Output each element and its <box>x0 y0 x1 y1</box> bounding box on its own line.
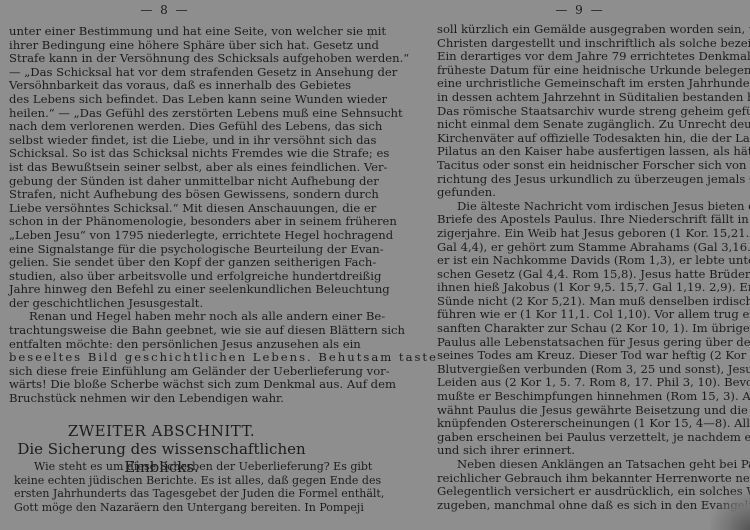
text-line: in dessen achtem Jahrzehnt in Süditalien… <box>437 91 733 105</box>
text-line: seines Todes am Kreuz. Dieser Tod war he… <box>437 349 733 363</box>
text-line: selbst wieder findet, ist die Liebe, und… <box>9 134 311 148</box>
text-line: Neben diesen Anklängen an Tatsachen geht… <box>437 458 733 472</box>
body-text: soll kürzlich ein Gemälde ausgegraben wo… <box>437 23 733 512</box>
text-line: ist das Bewußtsein seiner selbst, aber a… <box>9 161 311 175</box>
text-line: führen wie er (1 Kor 11,1. Col 1,10). Vo… <box>437 308 733 322</box>
text-line: Ein derartiges vor dem Jahre 79 errichte… <box>437 50 733 64</box>
text-line: eine Signalstange für die psychologische… <box>9 243 311 257</box>
text-line: Leiden aus (2 Kor 1, 5. 7. Rom 8, 17. Ph… <box>437 376 733 390</box>
scan-shadow <box>710 490 750 530</box>
text-line: Blutvergießen verbunden (Rom 3, 25 und s… <box>437 363 733 377</box>
text-line: schon in der Phänomenologie, besonders a… <box>9 215 311 229</box>
text-line: des Lebens sich befindet. Das Leben kann… <box>9 93 311 107</box>
text-line: Sünde nicht (2 Kor 5,21). Man muß densel… <box>437 295 733 309</box>
text-line: wärts! Die bloße Scherbe wächst sich zum… <box>9 378 311 392</box>
text-line: richtung des Jesus urkundlich zu überzeu… <box>437 173 733 187</box>
text-line: „Leben Jesu“ von 1795 niederlegte, erric… <box>9 229 311 243</box>
text-line: früheste Datum für eine heidnische Urkun… <box>437 64 733 78</box>
text-line: schen Gesetz (Gal 4,4. Rom 15,8). Jesus … <box>437 268 733 282</box>
text-line: entfalten möchte: den persönlichen Jesus… <box>9 338 311 352</box>
text-line: gebung der Sünden ist daher unmittelbar … <box>9 175 311 189</box>
text-line: knüpfenden Ostererscheinungen (1 Kor 15,… <box>437 417 733 431</box>
text-line: gaben erscheinen bei Paulus verzettelt, … <box>437 431 733 445</box>
text-line: Pilatus an den Kaiser habe ausfertigen l… <box>437 145 733 159</box>
text-line: Tacitus oder sonst ein heidnischer Forsc… <box>437 159 733 173</box>
text-line: — „Das Schicksal hat vor dem strafenden … <box>9 66 311 80</box>
text-line: ersten Jahrhunderts das Tagesgebet der J… <box>14 487 314 501</box>
text-line: beseeltes Bild geschichtlichen Lebens. B… <box>9 351 311 365</box>
section-title: ZWEITER ABSCHNITT. <box>9 422 314 440</box>
text-line: Die älteste Nachricht vom irdischen Jesu… <box>437 200 733 214</box>
text-line: reichlicher Gebrauch ihm bekannter Herre… <box>437 472 733 486</box>
text-line: Kirchenväter auf offizielle Todesakten h… <box>437 132 733 146</box>
text-line: Liebe versöhntes Schicksal.“ Mit diesen … <box>9 202 311 216</box>
text-line: keine echten jüdischen Berichte. Es ist … <box>14 474 314 488</box>
text-line: Gott möge den Nazaräern den Untergang be… <box>14 501 314 515</box>
text-line: Wie steht es um diese Scherben der Ueber… <box>14 460 314 474</box>
text-line: unter einer Bestimmung und hat eine Seit… <box>9 25 311 39</box>
text-line: trachtungsweise die Bahn geebnet, wie si… <box>9 324 311 338</box>
text-line: heilen.“ — „Das Gefühl des zerstörten Le… <box>9 107 311 121</box>
text-line: Paulus alle Lebenstatsachen für Jesus ge… <box>437 336 733 350</box>
text-line: eine urchristliche Gemeinschaft im erste… <box>437 77 733 91</box>
text-line: Das römische Staatsarchiv wurde streng g… <box>437 105 733 119</box>
text-line: er ist ein Nachkomme Davids (Rom 1,3), e… <box>437 254 733 268</box>
text-line: Schicksal. So ist das Schicksal nichts F… <box>9 147 311 161</box>
text-line: Jahre hinweg den Befehl zu einer seelenk… <box>9 283 311 297</box>
text-line: Versöhnbarkeit das voraus, daß es innerh… <box>9 79 311 93</box>
text-line: soll kürzlich ein Gemälde ausgegraben wo… <box>437 23 733 37</box>
text-line: der geschichtlichen Jesusgestalt. <box>9 297 311 311</box>
text-line: mußte er Beschimpfungen hinnehmen (Rom 1… <box>437 390 733 404</box>
page-number: — 9 — <box>545 3 615 17</box>
section-body-text: Wie steht es um diese Scherben der Ueber… <box>14 460 314 514</box>
left-page: — 8 — unter einer Bestimmung und hat ein… <box>0 0 375 530</box>
page-number: — 8 — <box>130 3 200 17</box>
text-line: studien, also über arbeitsvolle und erfo… <box>9 270 311 284</box>
text-line: nach dem verlorenen werden. Dies Gefühl … <box>9 120 311 134</box>
text-line: gefunden. <box>437 186 733 200</box>
text-line: Christen dargestellt und inschriftlich a… <box>437 37 733 51</box>
text-line: und sich ihrer erinnert. <box>437 444 733 458</box>
text-line: gelien. Sie sendet über den Kopf der gan… <box>9 256 311 270</box>
text-line: Bruchstück nehmen wir den Lebendigen wah… <box>9 392 311 406</box>
text-line: sich diese freie Einfühlung am Geländer … <box>9 365 311 379</box>
scan-speck <box>370 33 371 39</box>
body-text: unter einer Bestimmung und hat eine Seit… <box>9 25 311 406</box>
text-line: ihrer Bedingung eine höhere Sphäre über … <box>9 39 311 53</box>
text-line: Strafe kann in der Versöhnung des Schick… <box>9 52 311 66</box>
text-line: Renan und Hegel haben mehr noch als alle… <box>9 310 311 324</box>
text-line: Gelegentlich versichert er ausdrücklich,… <box>437 485 733 499</box>
text-line: zigerjahre. Ein Weib hat Jesus geboren (… <box>437 227 733 241</box>
text-line: nicht einmal dem Senate zugänglich. Zu U… <box>437 118 733 132</box>
text-line: wähnt Paulus die Jesus gewährte Beisetzu… <box>437 404 733 418</box>
text-line: Strafen, nicht Aufhebung des bösen Gewis… <box>9 188 311 202</box>
text-line: Gal 4,4), er gehört zum Stamme Abrahams … <box>437 241 733 255</box>
text-line: zugeben, manchmal ohne daß es sich in de… <box>437 499 733 513</box>
text-line: sanften Charakter zur Schau (2 Kor 10, 1… <box>437 322 733 336</box>
text-line: Briefe des Apostels Paulus. Ihre Nieders… <box>437 213 733 227</box>
scan-speck <box>730 28 731 34</box>
text-line: ihnen hieß Jakobus (1 Kor 9,5. 15,7. Gal… <box>437 281 733 295</box>
right-page: — 9 — soll kürzlich ein Gemälde ausgegra… <box>375 0 750 530</box>
